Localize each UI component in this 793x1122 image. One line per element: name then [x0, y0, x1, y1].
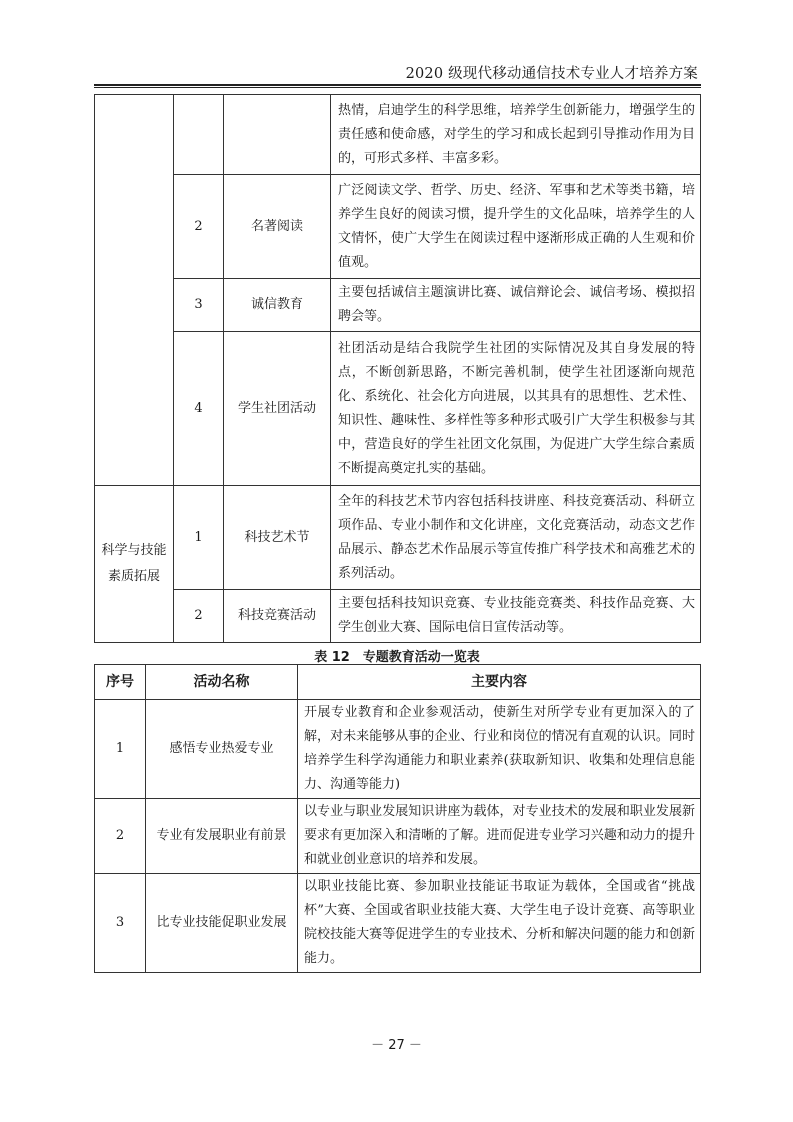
activity-name — [224, 95, 331, 175]
activity-content: 热情，启迪学生的科学思维，培养学生创新能力，增强学生的责任感和使命感，对学生的学… — [331, 95, 701, 175]
activity-content: 以职业技能比赛、参加职业技能证书取证为载体，全国或省“挑战杯”大赛、全国或省职业… — [298, 874, 701, 973]
activity-table-continued: 热情，启迪学生的科学思维，培养学生创新能力，增强学生的责任感和使命感，对学生的学… — [94, 94, 701, 643]
activity-content: 全年的科技艺术节内容包括科技讲座、科技竞赛活动、科研立项作品、专业小制作和文化讲… — [331, 486, 701, 590]
row-number: 4 — [174, 332, 224, 486]
special-education-table: 序号 活动名称 主要内容 1 感悟专业热爱专业 开展专业教育和企业参观活动，使新… — [94, 664, 701, 973]
table-row: 热情，启迪学生的科学思维，培养学生创新能力，增强学生的责任感和使命感，对学生的学… — [95, 95, 701, 175]
table-row: 2 名著阅读 广泛阅读文学、哲学、历史、经济、军事和艺术等类书籍，培养学生良好的… — [95, 175, 701, 279]
row-number: 2 — [95, 799, 146, 874]
activity-name: 科技竞赛活动 — [224, 590, 331, 643]
activity-name: 诚信教育 — [224, 279, 331, 332]
table-caption: 表 12 专题教育活动一览表 — [94, 646, 700, 665]
row-number: 2 — [174, 590, 224, 643]
table-row: 2 专业有发展职业有前景 以专业与职业发展知识讲座为载体，对专业技术的发展和职业… — [95, 799, 701, 874]
row-number: 1 — [174, 486, 224, 590]
category-cell — [95, 95, 174, 486]
column-header-name: 活动名称 — [146, 665, 298, 700]
document-header-title: 2020 级现代移动通信技术专业人才培养方案 — [404, 62, 698, 83]
activity-content: 开展专业教育和企业参观活动，使新生对所学专业有更加深入的了解，对未来能够从事的企… — [298, 700, 701, 799]
table-row: 3 诚信教育 主要包括诚信主题演讲比赛、诚信辩论会、诚信考场、模拟招聘会等。 — [95, 279, 701, 332]
header-divider — [94, 84, 701, 88]
row-number: 1 — [95, 700, 146, 799]
table-row: 1 感悟专业热爱专业 开展专业教育和企业参观活动，使新生对所学专业有更加深入的了… — [95, 700, 701, 799]
activity-content: 主要包括诚信主题演讲比赛、诚信辩论会、诚信考场、模拟招聘会等。 — [331, 279, 701, 332]
activity-name: 名著阅读 — [224, 175, 331, 279]
row-number: 3 — [95, 874, 146, 973]
category-cell: 科学与技能素质拓展 — [95, 486, 174, 643]
row-number: 2 — [174, 175, 224, 279]
table-row: 3 比专业技能促职业发展 以职业技能比赛、参加职业技能证书取证为载体，全国或省“… — [95, 874, 701, 973]
activity-name: 学生社团活动 — [224, 332, 331, 486]
column-header-content: 主要内容 — [298, 665, 701, 700]
row-number — [174, 95, 224, 175]
row-number: 3 — [174, 279, 224, 332]
activity-content: 社团活动是结合我院学生社团的实际情况及其自身发展的特点，不断创新思路，不断完善机… — [331, 332, 701, 486]
table-row: 4 学生社团活动 社团活动是结合我院学生社团的实际情况及其自身发展的特点，不断创… — [95, 332, 701, 486]
page-number: － 27 － — [0, 1034, 793, 1053]
table-row: 科学与技能素质拓展 1 科技艺术节 全年的科技艺术节内容包括科技讲座、科技竞赛活… — [95, 486, 701, 590]
activity-name: 感悟专业热爱专业 — [146, 700, 298, 799]
activity-content: 主要包括科技知识竞赛、专业技能竞赛类、科技作品竞赛、大学生创业大赛、国际电信日宣… — [331, 590, 701, 643]
activity-name: 专业有发展职业有前景 — [146, 799, 298, 874]
activity-content: 广泛阅读文学、哲学、历史、经济、军事和艺术等类书籍，培养学生良好的阅读习惯，提升… — [331, 175, 701, 279]
column-header-no: 序号 — [95, 665, 146, 700]
activity-name: 比专业技能促职业发展 — [146, 874, 298, 973]
table-header-row: 序号 活动名称 主要内容 — [95, 665, 701, 700]
activity-name: 科技艺术节 — [224, 486, 331, 590]
activity-content: 以专业与职业发展知识讲座为载体，对专业技术的发展和职业发展新要求有更加深入和清晰… — [298, 799, 701, 874]
table-row: 2 科技竞赛活动 主要包括科技知识竞赛、专业技能竞赛类、科技作品竞赛、大学生创业… — [95, 590, 701, 643]
